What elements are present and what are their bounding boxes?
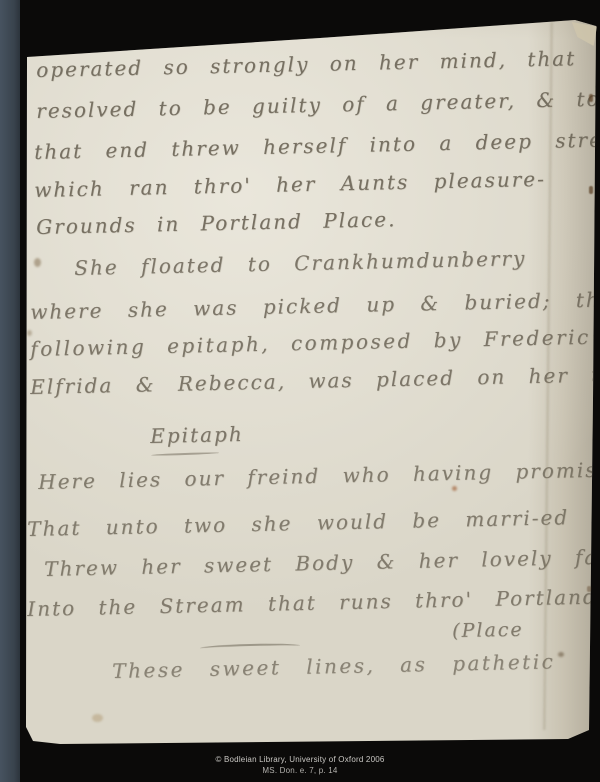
closing-line: These sweet lines, as pathetic bbox=[112, 649, 556, 683]
manuscript-line: Elfrida & Rebecca, was placed on her tom… bbox=[30, 361, 600, 399]
binding-stitch bbox=[587, 586, 591, 592]
foxing-spot bbox=[92, 714, 103, 722]
separator-flourish bbox=[200, 643, 300, 652]
page-number: 14/ bbox=[36, 23, 67, 44]
foxing-spot bbox=[558, 652, 564, 657]
manuscript-line: Grounds in Portland Place. bbox=[36, 207, 397, 239]
epitaph-line: That unto two she would be marri-ed bbox=[27, 505, 569, 541]
binding-stitch bbox=[589, 94, 593, 102]
foxing-spot bbox=[27, 330, 32, 336]
rust-spot bbox=[452, 486, 457, 491]
manuscript-line: operated so strongly on her mind, that s… bbox=[36, 45, 600, 82]
binding-stitch bbox=[589, 186, 593, 194]
manuscript-line: She floated to Crankhumdunberry bbox=[74, 246, 527, 280]
epitaph-line: Into the Stream that runs thro' Portland bbox=[27, 585, 598, 621]
book-spine-strip bbox=[0, 0, 20, 782]
scanned-manuscript-page: 14/ operated so strongly on her mind, th… bbox=[0, 0, 600, 782]
epitaph-line: Here lies our freind who having promis-e… bbox=[38, 457, 600, 494]
epitaph-overflow-word: (Place bbox=[452, 619, 524, 642]
foxing-spot bbox=[34, 258, 41, 267]
heading-underline bbox=[151, 452, 219, 456]
footer-shelfmark: MS. Don. e. 7, p. 14 bbox=[0, 766, 600, 775]
epitaph-line: Threw her sweet Body & her lovely face bbox=[44, 544, 600, 581]
footer-copyright: © Bodleian Library, University of Oxford… bbox=[0, 755, 600, 764]
manuscript-leaf: 14/ operated so strongly on her mind, th… bbox=[0, 0, 600, 782]
manuscript-line: resolved to be guilty of a greater, & to bbox=[36, 87, 600, 123]
epitaph-heading: Epitaph bbox=[150, 422, 244, 448]
manuscript-line: following epitaph, composed by Frederic bbox=[30, 325, 591, 361]
manuscript-line: which ran thro' her Aunts pleasure- bbox=[34, 167, 546, 202]
manuscript-line: that end threw herself into a deep strea… bbox=[34, 127, 600, 164]
manuscript-line: where she was picked up & buried; the bbox=[30, 287, 600, 324]
